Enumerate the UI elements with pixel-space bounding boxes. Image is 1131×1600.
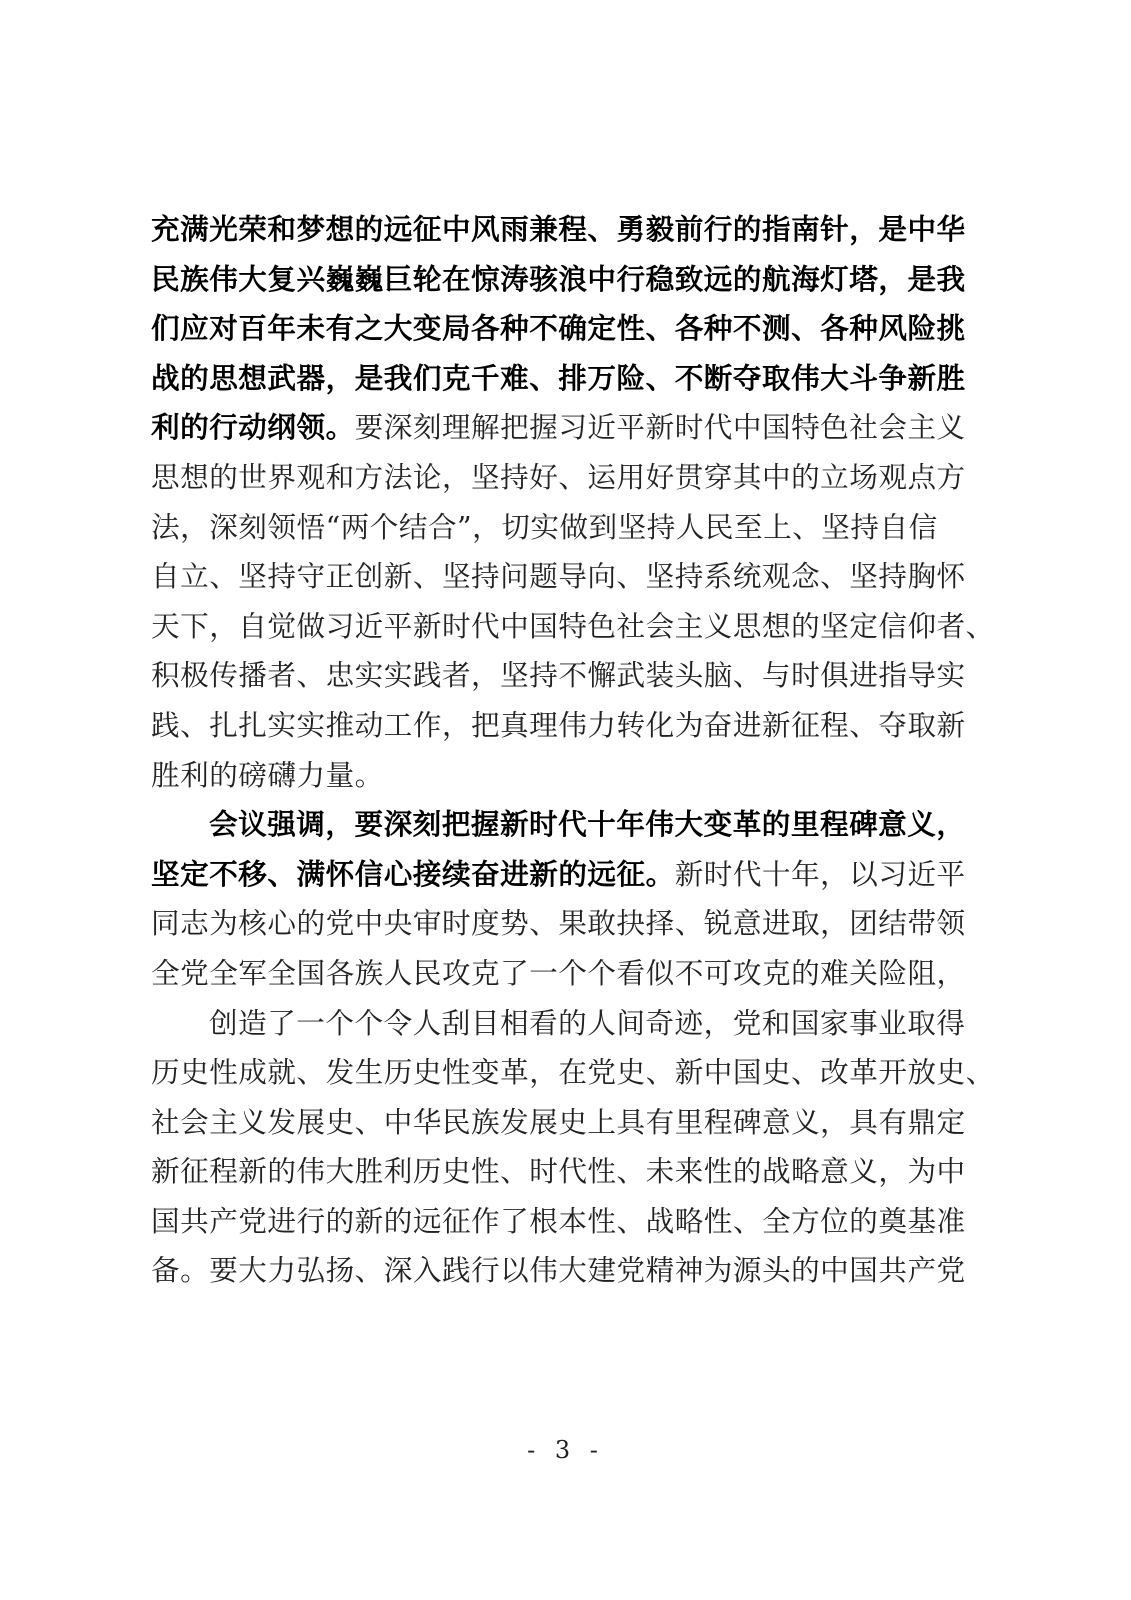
- normal-text: 胜利的磅礴力量。: [151, 758, 384, 792]
- normal-text: 自立、坚持守正创新、坚持问题导向、坚持系统观念、坚持胸怀: [151, 559, 966, 593]
- text-line-19: 社会主义发展史、中华民族发展史上具有里程碑意义，具有鼎定: [151, 1098, 981, 1148]
- normal-text: 全党全军全国各族人民攻克了一个个看似不可攻克的难关险阻，: [151, 956, 966, 990]
- text-line-6: 思想的世界观和方法论，坚持好、运用好贯穿其中的立场观点方: [151, 453, 981, 503]
- text-line-4: 战的思想武器，是我们克千难、排万险、不断夺取伟大斗争新胜: [151, 354, 981, 404]
- normal-text: 积极传播者、忠实实践者，坚持不懈武装头脑、与时俱进指导实: [151, 658, 966, 692]
- normal-text: 践、扎扎实实推动工作，把真理伟力转化为奋进新征程、夺取新: [151, 708, 966, 742]
- body-text: 充满光荣和梦想的远征中风雨兼程、勇毅前行的指南针，是中华 民族伟大复兴巍巍巨轮在…: [151, 205, 981, 1296]
- normal-text: 国共产党进行的新的远征作了根本性、战略性、全方位的奠基准: [151, 1204, 966, 1238]
- text-line-1: 充满光荣和梦想的远征中风雨兼程、勇毅前行的指南针，是中华: [151, 205, 981, 255]
- text-line-18: 历史性成就、发生历史性变革，在党史、新中国史、改革开放史、: [151, 1048, 981, 1098]
- normal-text: 新征程新的伟大胜利历史性、时代性、未来性的战略意义，为中: [151, 1154, 966, 1188]
- text-line-14: 坚定不移、满怀信心接续奋进新的远征。新时代十年，以习近平: [151, 850, 981, 900]
- normal-text: 备。要大力弘扬、深入践行以伟大建党精神为源头的中国共产党: [151, 1253, 966, 1287]
- text-line-2: 民族伟大复兴巍巍巨轮在惊涛骇浪中行稳致远的航海灯塔，是我: [151, 255, 981, 305]
- text-line-12: 胜利的磅礴力量。: [151, 751, 981, 801]
- bold-text: 们应对百年未有之大变局各种不确定性、各种不测、各种风险挑: [151, 311, 966, 345]
- text-line-5: 利的行动纲领。要深刻理解把握习近平新时代中国特色社会主义: [151, 403, 981, 453]
- bold-text: 利的行动纲领。: [151, 410, 355, 444]
- text-line-3: 们应对百年未有之大变局各种不确定性、各种不测、各种风险挑: [151, 304, 981, 354]
- normal-text: 法，深刻领悟“两个结合”，切实做到坚持人民至上、坚持自信: [151, 510, 938, 544]
- normal-text: 历史性成就、发生历史性变革，在党史、新中国史、改革开放史、: [151, 1055, 995, 1089]
- text-line-17: 创造了一个个令人刮目相看的人间奇迹，党和国家事业取得: [151, 999, 981, 1049]
- text-line-22: 备。要大力弘扬、深入践行以伟大建党精神为源头的中国共产党: [151, 1246, 981, 1296]
- bold-text: 充满光荣和梦想的远征中风雨兼程、勇毅前行的指南针，是中华: [151, 212, 966, 246]
- document-page: 充满光荣和梦想的远征中风雨兼程、勇毅前行的指南针，是中华 民族伟大复兴巍巍巨轮在…: [0, 0, 1131, 1600]
- bold-text: 民族伟大复兴巍巍巨轮在惊涛骇浪中行稳致远的航海灯塔，是我: [151, 262, 966, 296]
- normal-text: 要深刻理解把握习近平新时代中国特色社会主义: [355, 410, 966, 444]
- text-line-7: 法，深刻领悟“两个结合”，切实做到坚持人民至上、坚持自信: [151, 503, 981, 553]
- text-line-8: 自立、坚持守正创新、坚持问题导向、坚持系统观念、坚持胸怀: [151, 552, 981, 602]
- normal-text: 新时代十年，以习近平: [675, 857, 966, 891]
- normal-text: 创造了一个个令人刮目相看的人间奇迹，党和国家事业取得: [209, 1006, 965, 1040]
- text-line-15: 同志为核心的党中央审时度势、果敢抉择、锐意进取，团结带领: [151, 899, 981, 949]
- text-line-16: 全党全军全国各族人民攻克了一个个看似不可攻克的难关险阻，: [151, 949, 981, 999]
- bold-text: 坚定不移、满怀信心接续奋进新的远征。: [151, 857, 675, 891]
- text-line-10: 积极传播者、忠实实践者，坚持不懈武装头脑、与时俱进指导实: [151, 651, 981, 701]
- text-line-11: 践、扎扎实实推动工作，把真理伟力转化为奋进新征程、夺取新: [151, 701, 981, 751]
- page-number: - 3 -: [0, 1436, 1131, 1464]
- text-line-21: 国共产党进行的新的远征作了根本性、战略性、全方位的奠基准: [151, 1197, 981, 1247]
- normal-text: 思想的世界观和方法论，坚持好、运用好贯穿其中的立场观点方: [151, 460, 966, 494]
- text-line-20: 新征程新的伟大胜利历史性、时代性、未来性的战略意义，为中: [151, 1147, 981, 1197]
- text-line-9: 天下，自觉做习近平新时代中国特色社会主义思想的坚定信仰者、: [151, 602, 981, 652]
- normal-text: 天下，自觉做习近平新时代中国特色社会主义思想的坚定信仰者、: [151, 609, 995, 643]
- normal-text: 社会主义发展史、中华民族发展史上具有里程碑意义，具有鼎定: [151, 1105, 966, 1139]
- bold-text: 会议强调，要深刻把握新时代十年伟大变革的里程碑意义，: [209, 807, 965, 841]
- text-line-13: 会议强调，要深刻把握新时代十年伟大变革的里程碑意义，: [151, 800, 981, 850]
- normal-text: 同志为核心的党中央审时度势、果敢抉择、锐意进取，团结带领: [151, 906, 966, 940]
- bold-text: 战的思想武器，是我们克千难、排万险、不断夺取伟大斗争新胜: [151, 361, 966, 395]
